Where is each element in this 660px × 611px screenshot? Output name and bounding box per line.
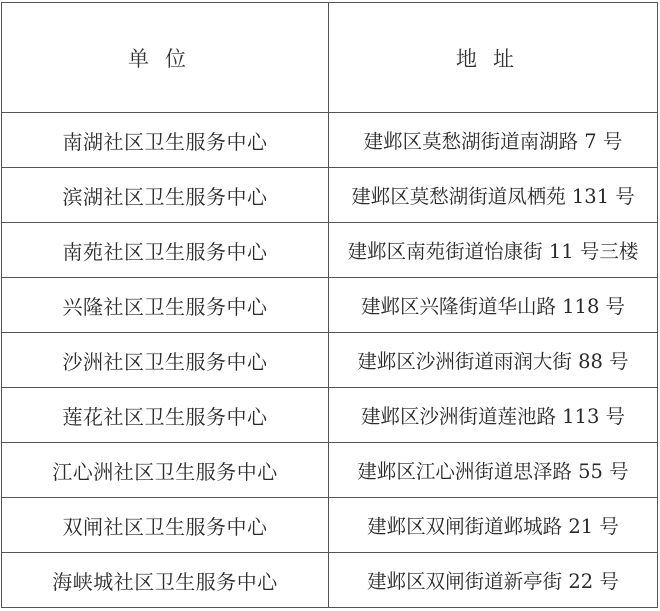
header-unit: 单位 xyxy=(2,3,329,113)
address-cell: 建邺区江心洲街道思泽路 55 号 xyxy=(329,443,658,498)
unit-cell: 南湖社区卫生服务中心 xyxy=(2,113,329,168)
address-cell: 建邺区莫愁湖街道南湖路 7 号 xyxy=(329,113,658,168)
header-address: 地址 xyxy=(329,3,658,113)
table-row: 沙洲社区卫生服务中心 建邺区沙洲街道雨润大街 88 号 xyxy=(2,333,658,388)
table-row: 双闸社区卫生服务中心 建邺区双闸街道邺城路 21 号 xyxy=(2,498,658,553)
unit-cell: 双闸社区卫生服务中心 xyxy=(2,498,329,553)
unit-cell: 海峡城社区卫生服务中心 xyxy=(2,553,329,608)
table-header-row: 单位 地址 xyxy=(2,3,658,113)
table-row: 南苑社区卫生服务中心 建邺区南苑街道怡康街 11 号三楼 xyxy=(2,223,658,278)
unit-cell: 滨湖社区卫生服务中心 xyxy=(2,168,329,223)
unit-cell: 南苑社区卫生服务中心 xyxy=(2,223,329,278)
health-center-table: 单位 地址 南湖社区卫生服务中心 建邺区莫愁湖街道南湖路 7 号 滨湖社区卫生服… xyxy=(1,2,658,608)
table-row: 滨湖社区卫生服务中心 建邺区莫愁湖街道凤栖苑 131 号 xyxy=(2,168,658,223)
table-row: 江心洲社区卫生服务中心 建邺区江心洲街道思泽路 55 号 xyxy=(2,443,658,498)
address-cell: 建邺区双闸街道邺城路 21 号 xyxy=(329,498,658,553)
address-cell: 建邺区沙洲街道雨润大街 88 号 xyxy=(329,333,658,388)
address-cell: 建邺区莫愁湖街道凤栖苑 131 号 xyxy=(329,168,658,223)
table-row: 南湖社区卫生服务中心 建邺区莫愁湖街道南湖路 7 号 xyxy=(2,113,658,168)
address-cell: 建邺区沙洲街道莲池路 113 号 xyxy=(329,388,658,443)
unit-cell: 兴隆社区卫生服务中心 xyxy=(2,278,329,333)
unit-cell: 沙洲社区卫生服务中心 xyxy=(2,333,329,388)
table-row: 兴隆社区卫生服务中心 建邺区兴隆街道华山路 118 号 xyxy=(2,278,658,333)
table-row: 海峡城社区卫生服务中心 建邺区双闸街道新亭街 22 号 xyxy=(2,553,658,608)
address-cell: 建邺区双闸街道新亭街 22 号 xyxy=(329,553,658,608)
unit-cell: 莲花社区卫生服务中心 xyxy=(2,388,329,443)
unit-cell: 江心洲社区卫生服务中心 xyxy=(2,443,329,498)
table-row: 莲花社区卫生服务中心 建邺区沙洲街道莲池路 113 号 xyxy=(2,388,658,443)
address-cell: 建邺区南苑街道怡康街 11 号三楼 xyxy=(329,223,658,278)
address-cell: 建邺区兴隆街道华山路 118 号 xyxy=(329,278,658,333)
